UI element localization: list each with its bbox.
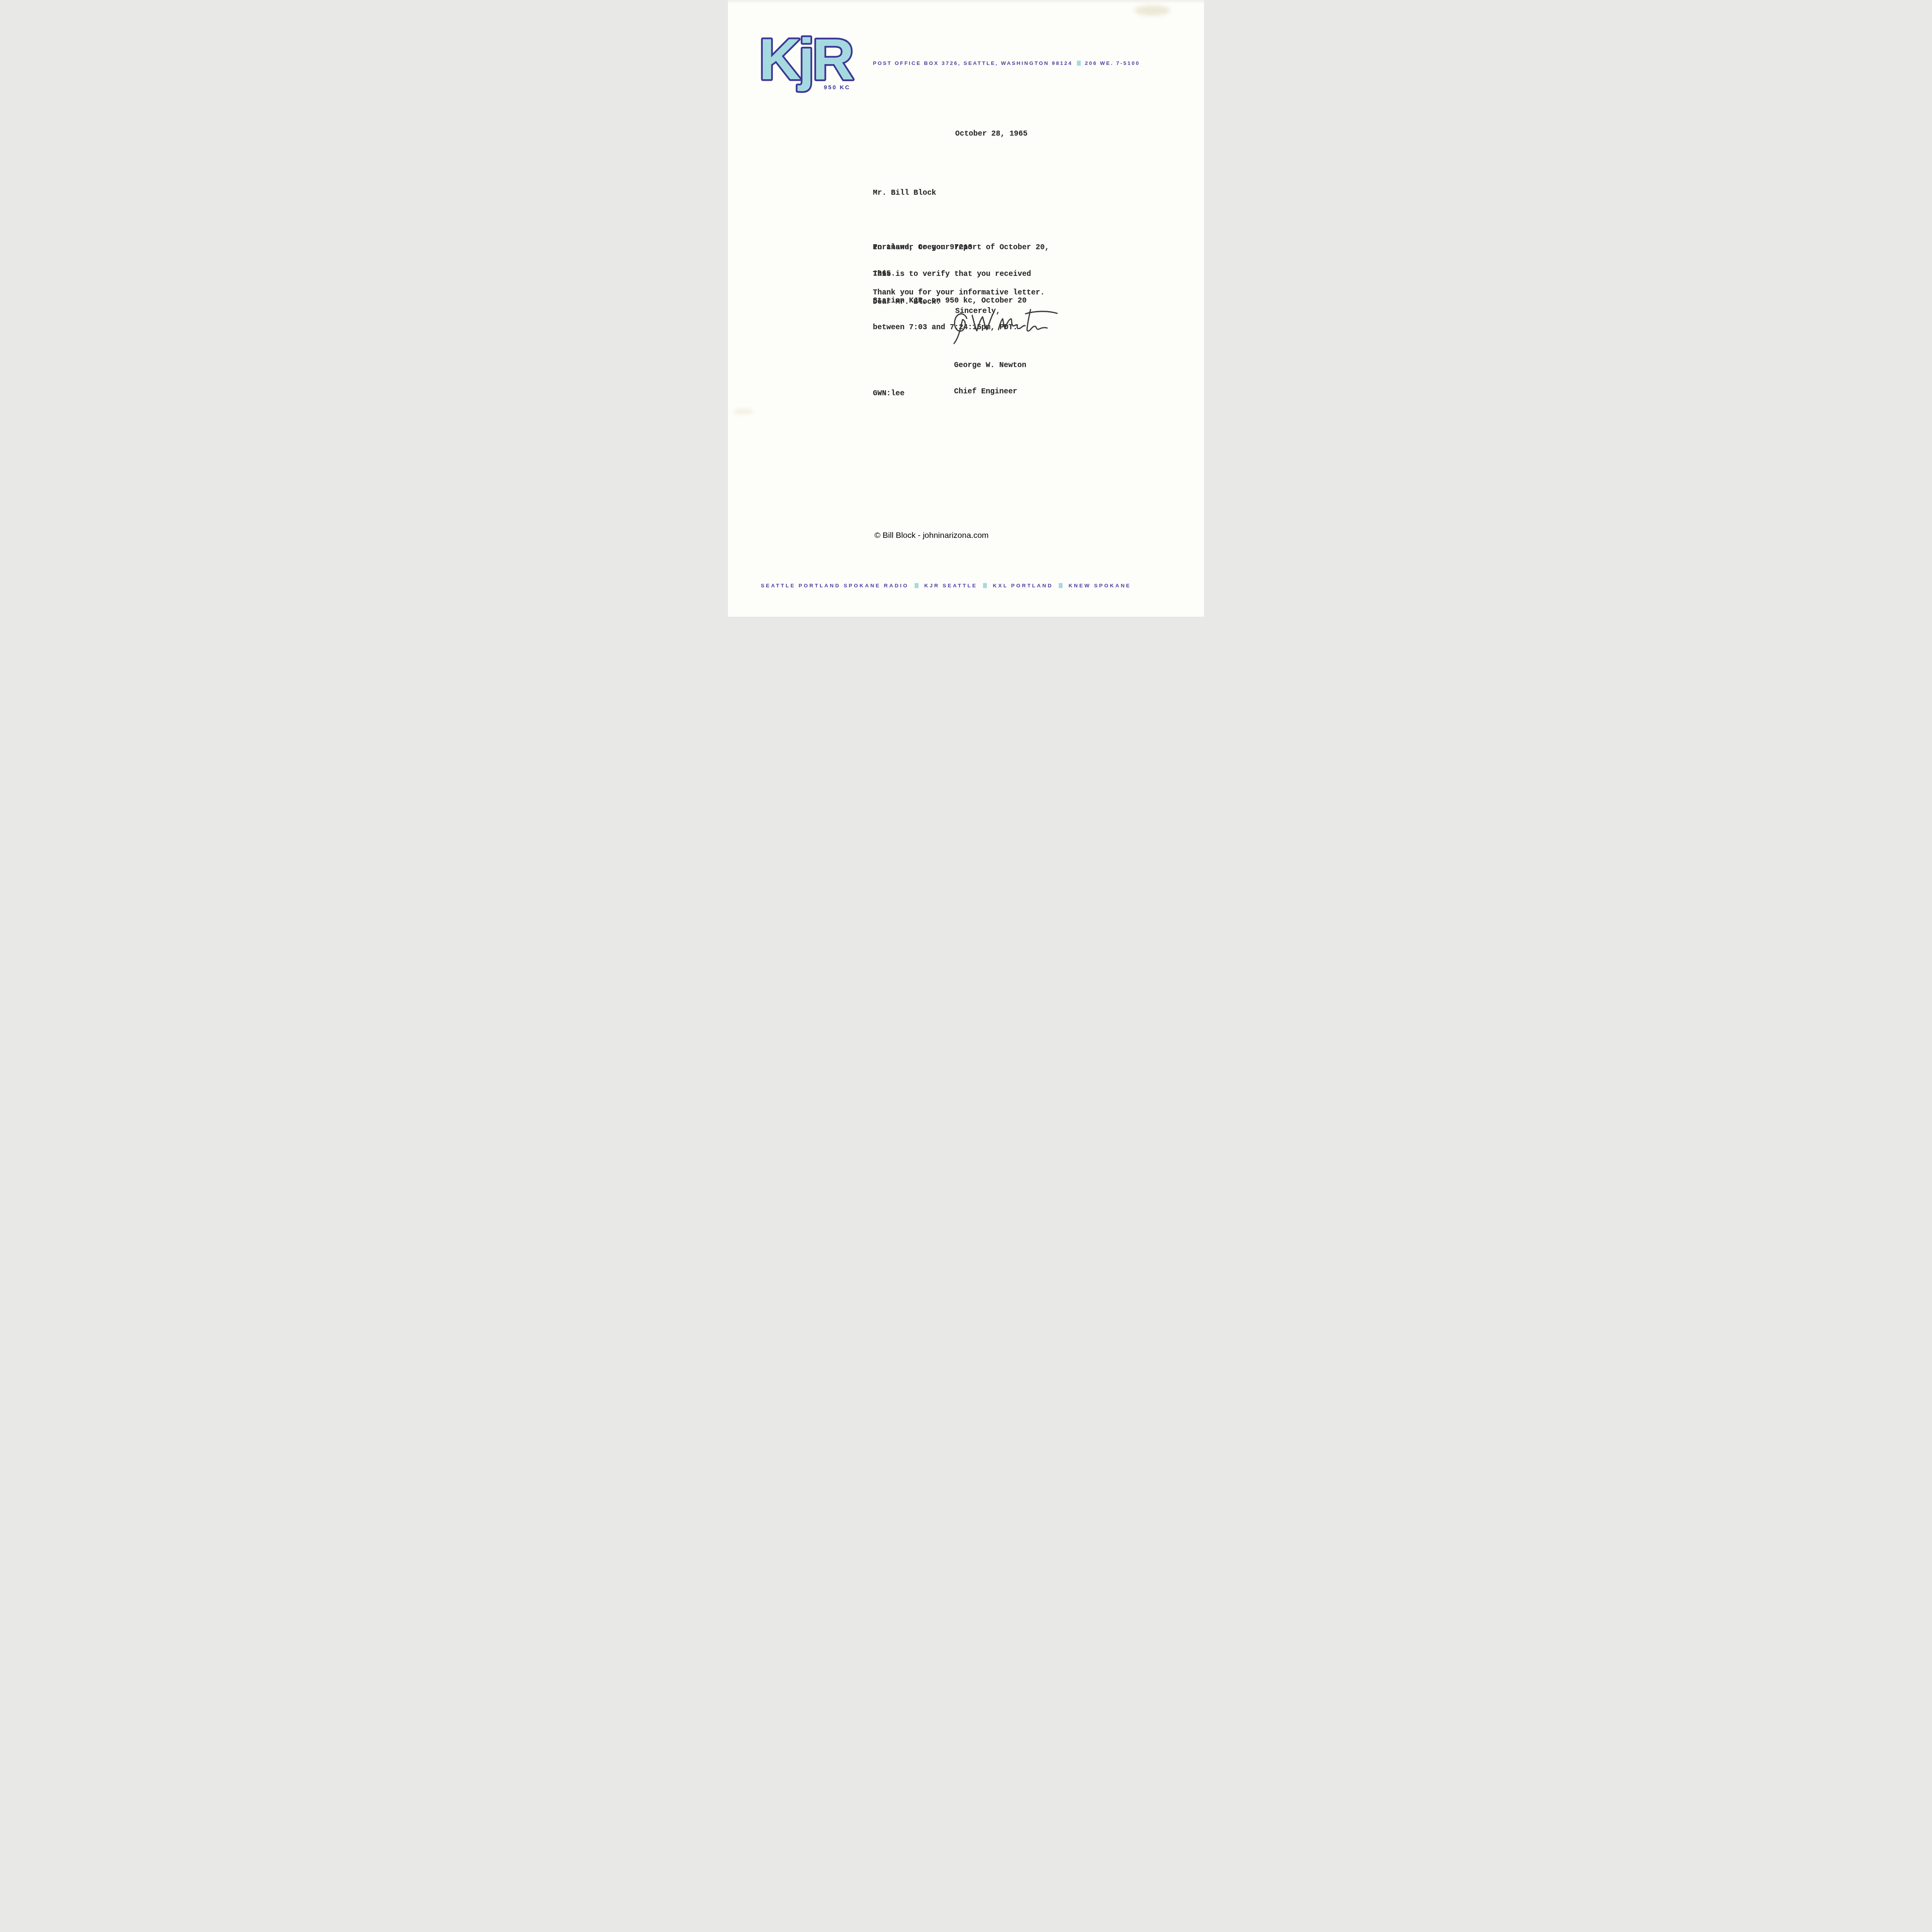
- separator-square-icon: [915, 583, 918, 588]
- footer-item-network: SEATTLE PORTLAND SPOKANE RADIO: [761, 583, 909, 588]
- separator-square-icon: [1059, 583, 1063, 588]
- recipient-name: Mr. Bill Block: [873, 189, 972, 198]
- paragraph-3: Thank you for your informative letter.: [873, 288, 1045, 297]
- letterhead-address: POST OFFICE BOX 3726, SEATTLE, WASHINGTO…: [873, 60, 1140, 66]
- kjr-logo: KjR: [758, 19, 866, 113]
- paper-smudge: [733, 409, 753, 414]
- paragraph-2-line-1: This is to verify that you received: [873, 270, 1031, 279]
- blank-line: [873, 216, 972, 225]
- signer-title: Chief Engineer: [954, 387, 1026, 396]
- handwritten-signature: [951, 308, 1067, 347]
- paper-smudge: [1134, 5, 1170, 15]
- footer-item-kxl: KXL PORTLAND: [993, 583, 1053, 588]
- paragraph-1-line-1: In answer to your report of October 20,: [873, 243, 1049, 252]
- copyright-watermark: © Bill Block - johninarizona.com: [874, 531, 989, 540]
- letter-page: KjR 950 KC POST OFFICE BOX 3726, SEATTLE…: [728, 0, 1204, 617]
- kjr-logo-text: KjR: [759, 27, 853, 92]
- scan-edge-artifact: [728, 0, 1204, 4]
- phone-number: 206 WE. 7-5100: [1085, 60, 1140, 66]
- reference-initials: GWN:lee: [873, 389, 905, 398]
- frequency-label: 950 KC: [824, 84, 850, 91]
- signer-block: George W. Newton Chief Engineer: [954, 344, 1026, 413]
- separator-square-icon: [1077, 61, 1081, 66]
- footer-item-kjr: KJR SEATTLE: [924, 583, 977, 588]
- letter-date: October 28, 1965: [955, 129, 1027, 138]
- signer-name: George W. Newton: [954, 361, 1026, 370]
- po-box-address: POST OFFICE BOX 3726, SEATTLE, WASHINGTO…: [873, 60, 1073, 66]
- separator-square-icon: [983, 583, 987, 588]
- footer-item-knew: KNEW SPOKANE: [1068, 583, 1131, 588]
- paragraph-2-line-2: Station KJR, on 950 kc, October 20: [873, 296, 1031, 305]
- footer-station-list: SEATTLE PORTLAND SPOKANE RADIO KJR SEATT…: [761, 583, 1131, 588]
